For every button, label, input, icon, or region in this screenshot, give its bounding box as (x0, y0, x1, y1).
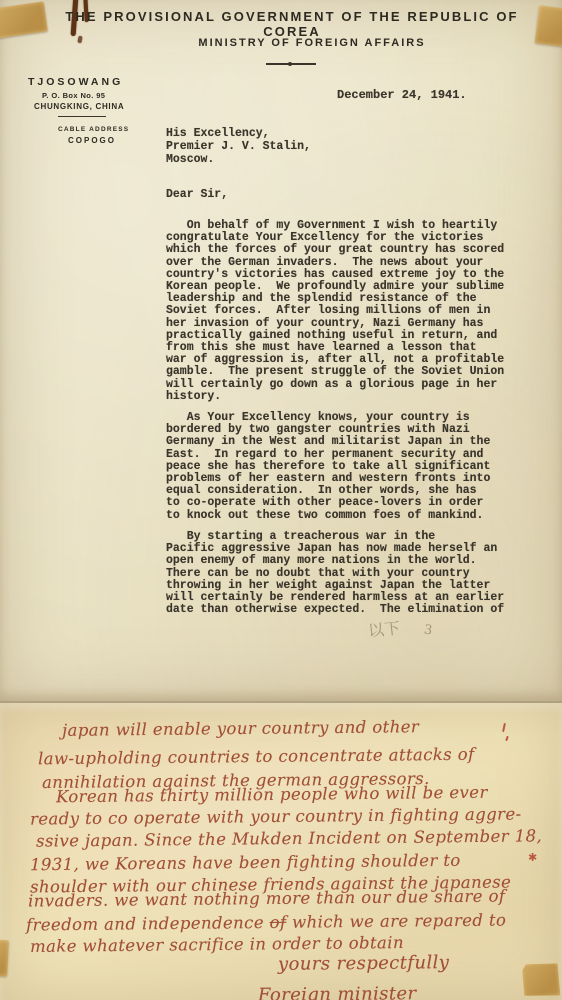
paragraph-3: By starting a treacherous war in the Pac… (166, 531, 518, 616)
pencil-annotation-mark: 3 (423, 622, 433, 638)
letter-scan: THE PROVISIONAL GOVERNMENT OF THE REPUBL… (0, 0, 562, 1000)
closing-respectfully: yours respectfully (278, 952, 450, 975)
sender-city: CHUNGKING, CHINA (34, 102, 129, 111)
strike-line-post: which we are repared to (286, 910, 506, 931)
handwritten-line: ssive japan. Since the Mukden Incident o… (36, 826, 542, 850)
red-tick-mark (505, 736, 509, 741)
sender-po-box: P. O. Box No. 95 (42, 91, 129, 100)
tape-bottom-right (522, 961, 561, 998)
handwritten-page: ✱ japan will enable your country and oth… (0, 703, 562, 1000)
sender-name: TJOSOWANG (28, 76, 129, 88)
sender-block: TJOSOWANG P. O. Box No. 95 CHUNGKING, CH… (28, 76, 129, 145)
tape-top-left (0, 1, 48, 38)
pencil-annotation: 以下 (367, 615, 401, 641)
struck-word: of (269, 913, 286, 932)
red-tick-mark (502, 723, 506, 732)
typed-page: THE PROVISIONAL GOVERNMENT OF THE REPUBL… (0, 0, 562, 703)
handwritten-line: invaders. we want nothing more than our … (28, 887, 506, 911)
handwritten-line: Korean has thirty million people who wil… (56, 783, 488, 807)
letterhead-org: THE PROVISIONAL GOVERNMENT OF THE REPUBL… (42, 9, 542, 39)
header-divider (266, 63, 316, 65)
handwritten-line: japan will enable your country and other (62, 717, 419, 740)
handwritten-line: 1931, we Koreans have been fighting shou… (30, 851, 461, 875)
strike-line-pre: freedom and independence (26, 913, 270, 935)
tape-bottom-left (0, 940, 9, 977)
handwritten-line: law-upholding countries to concentrate a… (38, 745, 475, 769)
recipient-block: His Excellency, Premier J. V. Stalin, Mo… (166, 128, 311, 166)
cable-address-label: CABLE ADDRESS (58, 126, 129, 133)
letterhead-dept: MINISTRY OF FOREIGN AFFAIRS (42, 37, 562, 49)
handwritten-line-with-strikethrough: freedom and independence of which we are… (26, 910, 507, 934)
letter-date: December 24, 1941. (337, 88, 467, 102)
handwritten-line: ready to co operate with your country in… (30, 804, 522, 828)
paragraph-2: As Your Excellency knows, your country i… (166, 412, 518, 522)
signature-foreign-minister: Foreign minister (258, 983, 417, 1000)
red-asterisk-mark: ✱ (528, 851, 536, 859)
cable-address-code: COPOGO (68, 136, 129, 145)
paragraph-1: On behalf of my Government I wish to hea… (166, 220, 518, 403)
salutation: Dear Sir, (166, 188, 228, 201)
sender-rule (58, 116, 106, 117)
